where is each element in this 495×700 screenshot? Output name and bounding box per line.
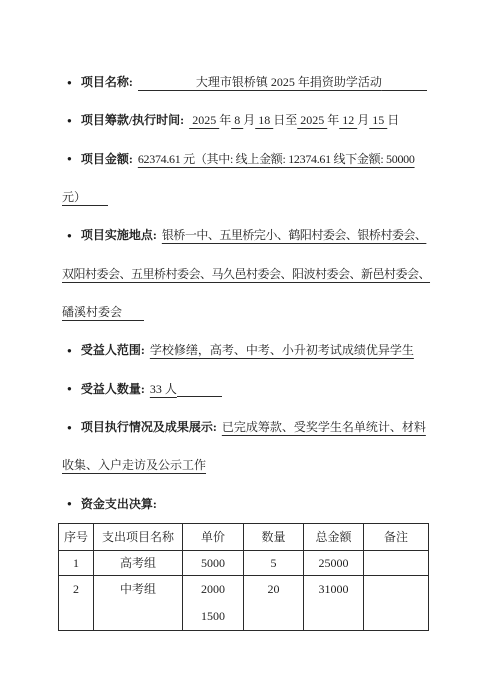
table-row: 2 中考组 2000 1500 20 31000	[59, 576, 429, 631]
blank-underline	[382, 90, 427, 91]
cell-qty: 5	[244, 551, 304, 576]
bullet-icon: ●	[67, 102, 72, 140]
field-value: 元）	[62, 190, 86, 204]
bullet-icon: ●	[67, 140, 72, 178]
header-cell-note: 备注	[364, 524, 429, 551]
field-execution-status: ●项目执行情况及成果展示:已完成筹款、受奖学生名单统计、材料	[62, 408, 437, 446]
start-day-value: 18	[255, 113, 273, 127]
field-value: 收集、入户走访及公示工作	[62, 458, 206, 472]
field-value: 日至	[273, 113, 297, 127]
field-value: 学校修缮，高考、中考、小升初考试成绩优异学生	[150, 343, 414, 357]
header-cell-qty: 数量	[244, 524, 304, 551]
field-location: ●项目实施地点:银桥一中、五里桥完小、鹤阳村委会、银桥村委会、	[62, 216, 437, 254]
cell-no: 1	[59, 551, 94, 576]
field-label: 项目名称:	[81, 75, 133, 89]
field-label: 项目筹款/执行时间:	[81, 113, 184, 127]
field-amount: ●项目金额:62374.61 元（其中: 线上金额: 12374.61 线下金额…	[62, 140, 437, 178]
table-header-row: 序号 支出项目名称 单价 数量 总金额 备注	[59, 524, 429, 551]
field-value: 双阳村委会、五里桥村委会、马久邑村委会、阳波村委会、新邑村委会、	[62, 267, 430, 281]
end-year-value: 2025	[297, 113, 327, 127]
end-month-value: 12	[339, 113, 357, 127]
field-value: 33 人	[150, 382, 177, 396]
document-page: ●项目名称:大理市银桥镇 2025 年捐资助学活动 ●项目筹款/执行时间: 20…	[0, 0, 495, 700]
field-value: 月	[357, 113, 369, 127]
field-execution-status-continued: 收集、入户走访及公示工作	[62, 446, 437, 484]
header-cell-no: 序号	[59, 524, 94, 551]
field-funding-time: ●项目筹款/执行时间: 2025 年 8 月 18 日至 2025 年 12 月…	[62, 101, 437, 139]
field-value: 日	[387, 113, 399, 127]
header-cell-unit-price: 单价	[183, 524, 244, 551]
budget-table: 序号 支出项目名称 单价 数量 总金额 备注 1 高考组 5000 5 2500…	[58, 523, 429, 631]
cell-name: 中考组	[94, 576, 183, 631]
unit-price-line: 2000	[183, 576, 243, 603]
end-day-value: 15	[369, 113, 387, 127]
bullet-icon: ●	[67, 409, 72, 447]
bullet-icon: ●	[67, 217, 72, 255]
bullet-icon: ●	[67, 370, 72, 408]
cell-note	[364, 551, 429, 576]
field-beneficiary-scope: ●受益人范围:学校修缮，高考、中考、小升初考试成绩优异学生	[62, 331, 437, 369]
field-location-continued: 磻溪村委会	[62, 293, 437, 331]
cell-note	[364, 576, 429, 631]
field-beneficiary-count: ●受益人数量:33 人	[62, 370, 437, 408]
field-label: 受益人范围:	[81, 343, 145, 357]
bullet-icon: ●	[67, 485, 72, 523]
field-value: 年	[327, 113, 339, 127]
cell-total: 25000	[304, 551, 364, 576]
bullet-icon: ●	[67, 332, 72, 370]
cell-total: 31000	[304, 576, 364, 631]
cell-unit-price: 2000 1500	[183, 576, 244, 631]
field-value: 磻溪村委会	[62, 305, 122, 319]
table-row: 1 高考组 5000 5 25000	[59, 551, 429, 576]
field-label: 受益人数量:	[81, 382, 145, 396]
section-budget-title: ●资金支出决算:	[62, 485, 437, 523]
blank-underline	[86, 205, 108, 206]
cell-no: 2	[59, 576, 94, 631]
cell-unit-price: 5000	[183, 551, 244, 576]
field-value: 月	[243, 113, 255, 127]
start-month-value: 8	[231, 113, 243, 127]
start-year-value: 2025	[189, 113, 219, 127]
field-value: 62374.61 元（其中: 线上金额: 12374.61 线下金额: 5000…	[138, 152, 415, 166]
cell-qty: 20	[244, 576, 304, 631]
field-label: 项目实施地点:	[81, 228, 157, 242]
blank-underline	[138, 90, 196, 91]
field-value: 银桥一中、五里桥完小、鹤阳村委会、银桥村委会、	[162, 228, 427, 242]
bullet-icon: ●	[67, 64, 72, 102]
field-amount-continued: 元）	[62, 178, 437, 216]
field-value: 已完成筹款、受奖学生名单统计、材料	[222, 420, 426, 434]
field-label: 项目执行情况及成果展示:	[81, 420, 217, 434]
blank-underline	[122, 320, 144, 321]
field-value: 年	[219, 113, 231, 127]
field-location-continued: 双阳村委会、五里桥村委会、马久邑村委会、阳波村委会、新邑村委会、	[62, 255, 437, 293]
unit-price-line: 1500	[183, 603, 243, 630]
blank-underline	[177, 396, 222, 397]
field-project-name: ●项目名称:大理市银桥镇 2025 年捐资助学活动	[62, 63, 437, 101]
page-content: ●项目名称:大理市银桥镇 2025 年捐资助学活动 ●项目筹款/执行时间: 20…	[0, 0, 495, 631]
header-cell-name: 支出项目名称	[94, 524, 183, 551]
header-cell-total: 总金额	[304, 524, 364, 551]
cell-name: 高考组	[94, 551, 183, 576]
section-label: 资金支出决算:	[81, 497, 157, 511]
field-label: 项目金额:	[81, 152, 133, 166]
field-value: 大理市银桥镇 2025 年捐资助学活动	[196, 75, 382, 89]
